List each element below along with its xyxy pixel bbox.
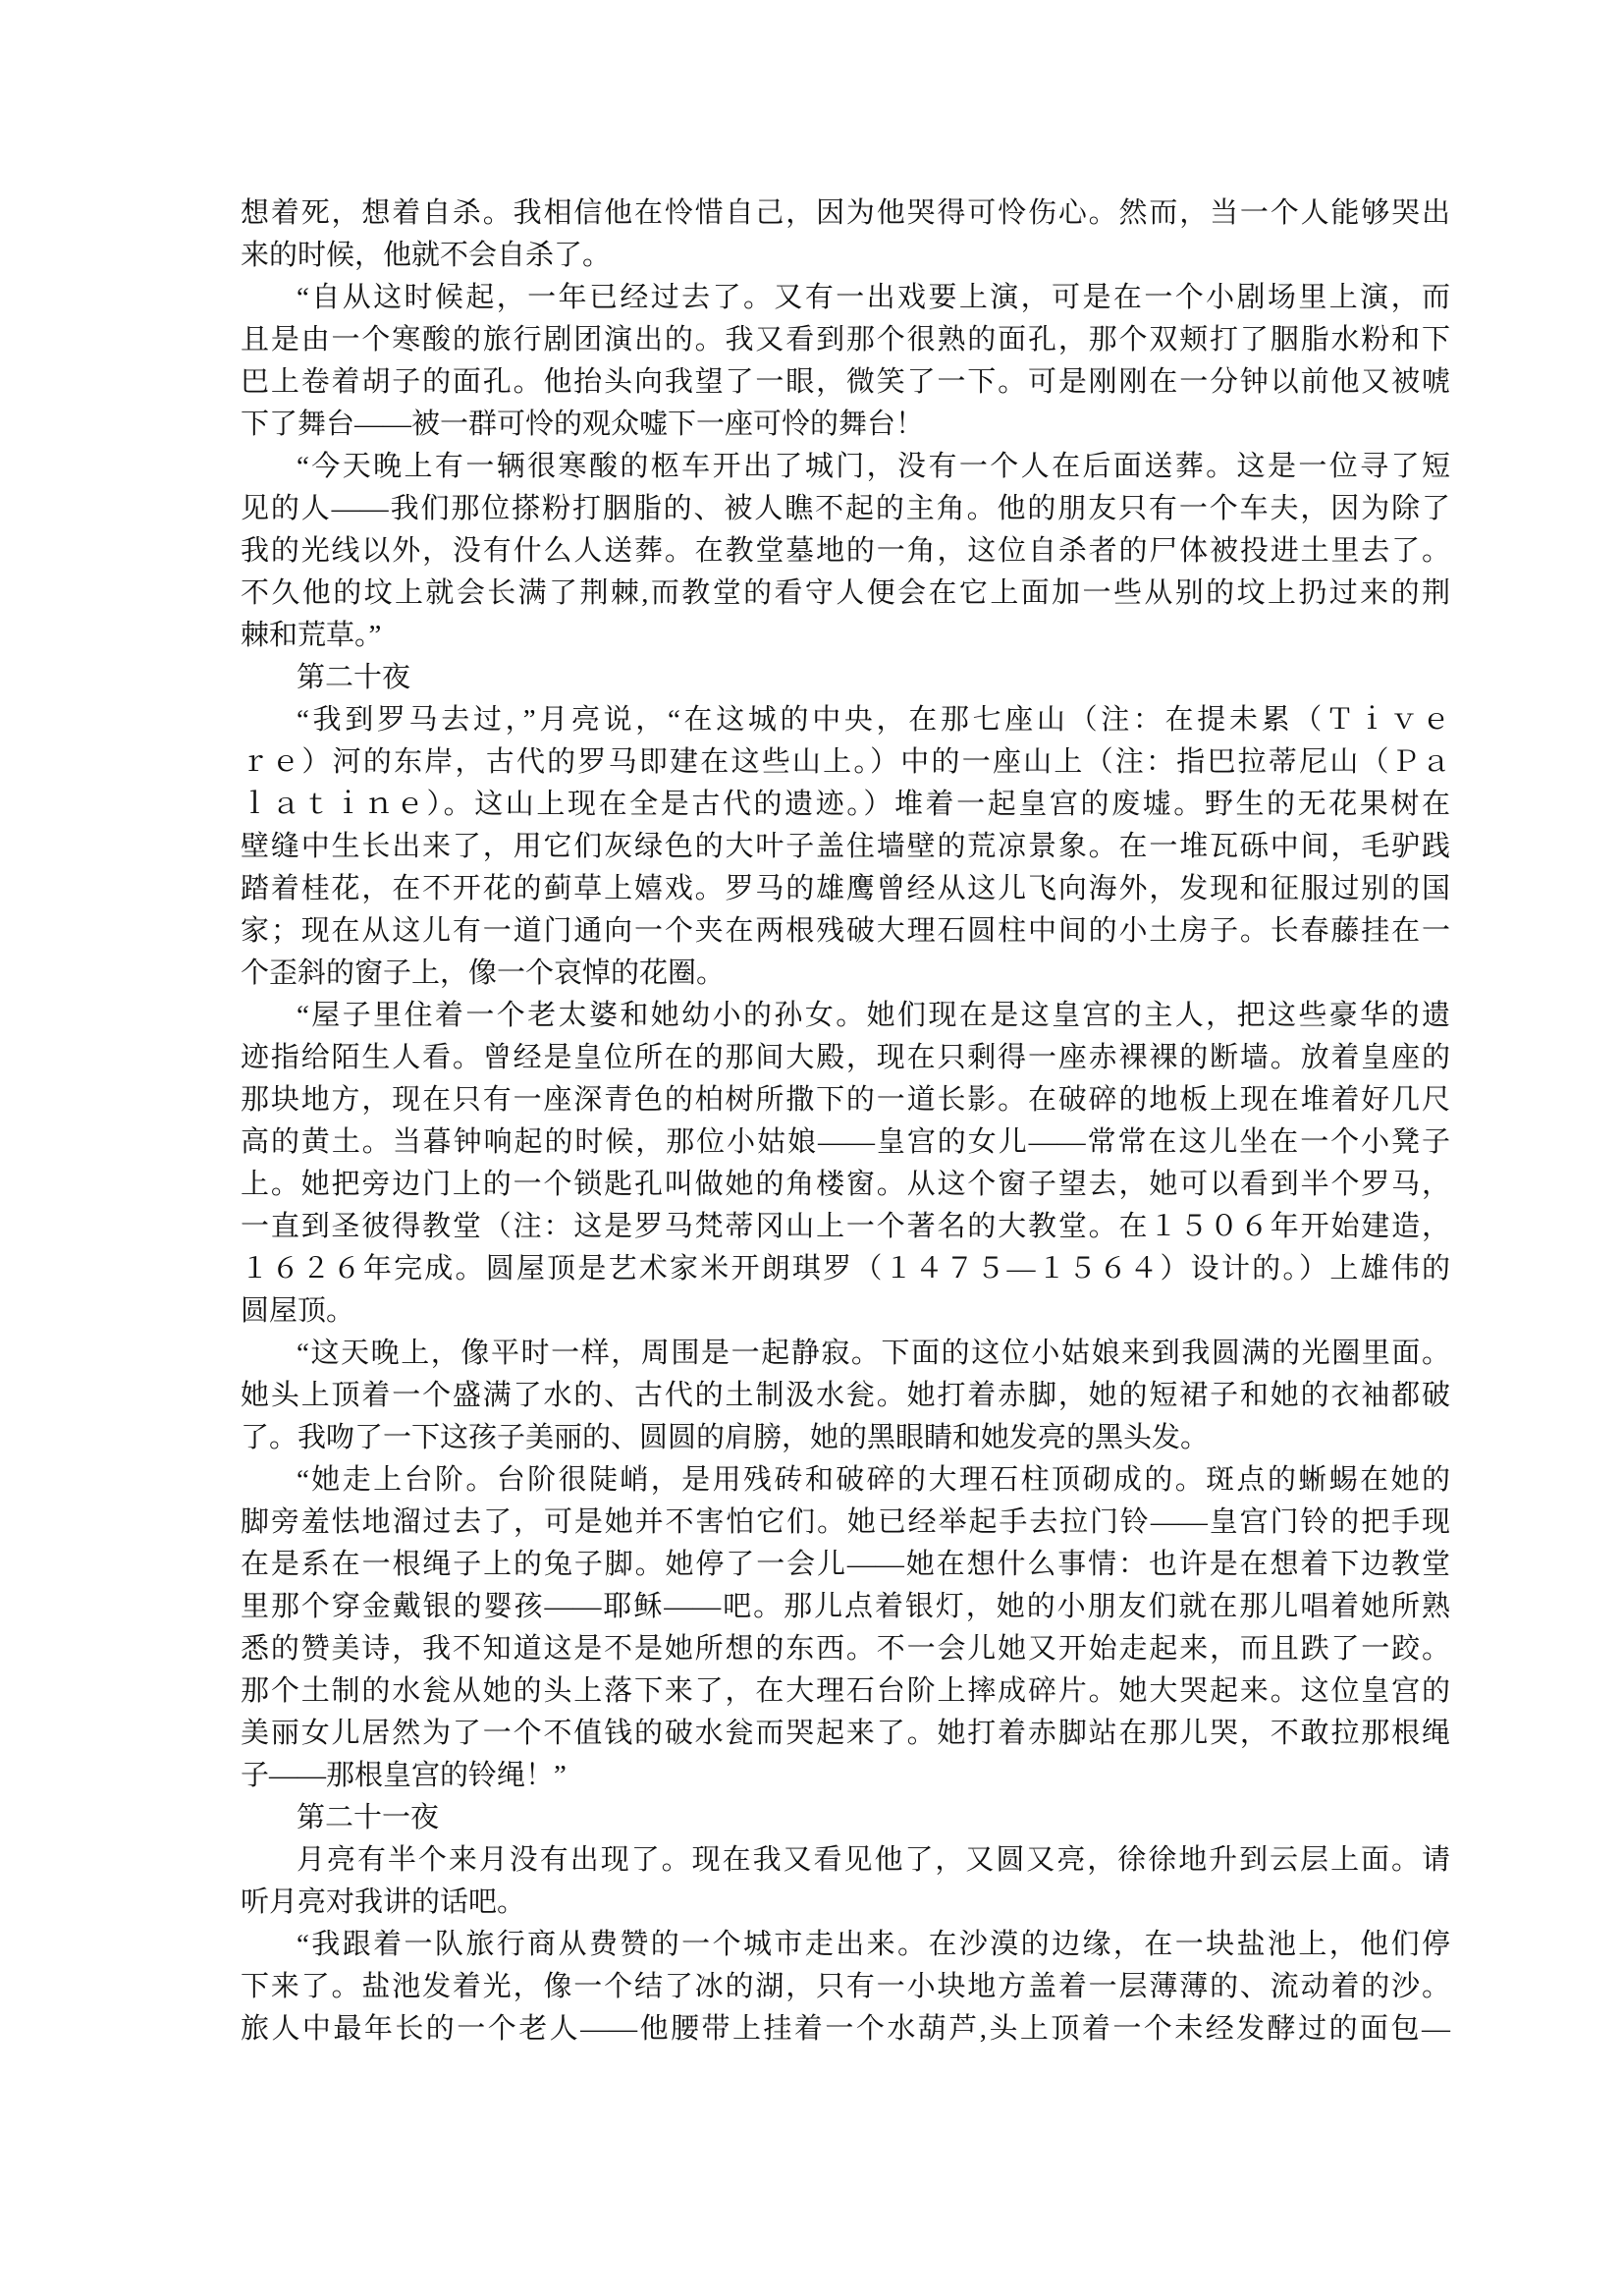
text-line: １６２６年完成。圆屋顶是艺术家米开朗琪罗（１４７５—１５６４）设计的。）上雄伟的 [241, 1248, 1450, 1290]
section-heading: 第二十夜 [241, 657, 1450, 699]
text-line: 听月亮对我讲的话吧。 [241, 1882, 1450, 1924]
text-line: 踏着桂花，在不开花的蓟草上嬉戏。罗马的雄鹰曾经从这儿飞向海外，发现和征服过别的国 [241, 868, 1450, 910]
text-line: 上。她把旁边门上的一个锁匙孔叫做她的角楼窗。从这个窗子望去，她可以看到半个罗马， [241, 1164, 1450, 1206]
text-line: 子——那根皇宫的铃绳！” [241, 1755, 1450, 1797]
text-line: “她走上台阶。台阶很陡峭，是用残砖和破碎的大理石柱顶砌成的。斑点的蜥蜴在她的 [241, 1459, 1450, 1502]
text-line: “今天晚上有一辆很寒酸的柩车开出了城门，没有一个人在后面送葬。这是一位寻了短 [241, 446, 1450, 488]
text-line: ｌａｔｉｎｅ）。这山上现在全是古代的遗迹。）堆着一起皇宫的废墟。野生的无花果树在 [241, 784, 1450, 826]
text-line: 旅人中最年长的一个老人——他腰带上挂着一个水葫芦,头上顶着一个未经发酵过的面包— [241, 2008, 1450, 2050]
text-line: 下来了。盐池发着光，像一个结了冰的湖，只有一小块地方盖着一层薄薄的、流动着的沙。 [241, 1966, 1450, 2008]
text-line: 里那个穿金戴银的婴孩——耶稣——吧。那儿点着银灯，她的小朋友们就在那儿唱着她所熟 [241, 1586, 1450, 1628]
text-line: ｒｅ）河的东岸，古代的罗马即建在这些山上。）中的一座山上（注：指巴拉蒂尼山（Ｐａ [241, 741, 1450, 784]
document-page: 想着死，想着自杀。我相信他在怜惜自己，因为他哭得可怜伤心。然而，当一个人能够哭出… [0, 0, 1623, 2296]
text-line: 个歪斜的窗子上，像一个哀悼的花圈。 [241, 953, 1450, 995]
text-line: 家；现在从这儿有一道门通向一个夹在两根残破大理石圆柱中间的小土房子。长春藤挂在一 [241, 910, 1450, 953]
text-line: 那个土制的水瓮从她的头上落下来了，在大理石台阶上摔成碎片。她大哭起来。这位皇宫的 [241, 1670, 1450, 1713]
text-line: 在是系在一根绳子上的兔子脚。她停了一会儿——她在想什么事情：也许是在想着下边教堂 [241, 1544, 1450, 1586]
section-heading: 第二十一夜 [241, 1797, 1450, 1839]
text-line: 高的黄土。当暮钟响起的时候，那位小姑娘——皇宫的女儿——常常在这儿坐在一个小凳子 [241, 1121, 1450, 1164]
text-line: 迹指给陌生人看。曾经是皇位所在的那间大殿，现在只剩得一座赤裸裸的断墙。放着皇座的 [241, 1037, 1450, 1079]
text-line: 那块地方，现在只有一座深青色的柏树所撒下的一道长影。在破碎的地板上现在堆着好几尺 [241, 1079, 1450, 1121]
text-line: 我的光线以外，没有什么人送葬。在教堂墓地的一角，这位自杀者的尸体被投进土里去了。 [241, 530, 1450, 573]
text-line: 且是由一个寒酸的旅行剧团演出的。我又看到那个很熟的面孔，那个双颊打了胭脂水粉和下 [241, 319, 1450, 361]
text-line: 美丽女儿居然为了一个不值钱的破水瓮而哭起来了。她打着赤脚站在那儿哭，不敢拉那根绳 [241, 1713, 1450, 1755]
text-line: 来的时候，他就不会自杀了。 [241, 235, 1450, 277]
text-line: “屋子里住着一个老太婆和她幼小的孙女。她们现在是这皇宫的主人，把这些豪华的遗 [241, 995, 1450, 1037]
text-line: “我到罗马去过，”月亮说，“在这城的中央，在那七座山（注：在提未累（Ｔｉｖｅ [241, 699, 1450, 741]
text-line: 一直到圣彼得教堂（注：这是罗马梵蒂冈山上一个著名的大教堂。在１５０６年开始建造， [241, 1206, 1450, 1248]
text-block: 想着死，想着自杀。我相信他在怜惜自己，因为他哭得可怜伤心。然而，当一个人能够哭出… [241, 192, 1450, 2050]
text-line: 脚旁羞怯地溜过去了，可是她并不害怕它们。她已经举起手去拉门铃——皇宫门铃的把手现 [241, 1502, 1450, 1544]
text-line: 了。我吻了一下这孩子美丽的、圆圆的肩膀，她的黑眼睛和她发亮的黑头发。 [241, 1417, 1450, 1459]
text-line: “我跟着一队旅行商从费赞的一个城市走出来。在沙漠的边缘，在一块盐池上，他们停 [241, 1924, 1450, 1966]
text-line: 不久他的坟上就会长满了荆棘,而教堂的看守人便会在它上面加一些从别的坟上扔过来的荆 [241, 573, 1450, 615]
text-line: 月亮有半个来月没有出现了。现在我又看见他了，又圆又亮，徐徐地升到云层上面。请 [241, 1839, 1450, 1882]
text-line: 她头上顶着一个盛满了水的、古代的土制汲水瓮。她打着赤脚，她的短裙子和她的衣袖都破 [241, 1375, 1450, 1417]
text-line: 棘和荒草。” [241, 615, 1450, 657]
text-line: “这天晚上，像平时一样，周围是一起静寂。下面的这位小姑娘来到我圆满的光圈里面。 [241, 1333, 1450, 1375]
text-line: 壁缝中生长出来了，用它们灰绿色的大叶子盖住墙壁的荒凉景象。在一堆瓦砾中间，毛驴践 [241, 826, 1450, 868]
text-line: “自从这时候起，一年已经过去了。又有一出戏要上演，可是在一个小剧场里上演，而 [241, 277, 1450, 319]
text-line: 见的人——我们那位搽粉打胭脂的、被人瞧不起的主角。他的朋友只有一个车夫，因为除了 [241, 488, 1450, 530]
text-line: 巴上卷着胡子的面孔。他抬头向我望了一眼，微笑了一下。可是刚刚在一分钟以前他又被唬 [241, 361, 1450, 404]
text-line: 下了舞台——被一群可怜的观众嘘下一座可怜的舞台！ [241, 404, 1450, 446]
text-line: 悉的赞美诗，我不知道这是不是她所想的东西。不一会儿她又开始走起来，而且跌了一跤。 [241, 1628, 1450, 1670]
text-line: 想着死，想着自杀。我相信他在怜惜自己，因为他哭得可怜伤心。然而，当一个人能够哭出 [241, 192, 1450, 235]
text-line: 圆屋顶。 [241, 1290, 1450, 1333]
